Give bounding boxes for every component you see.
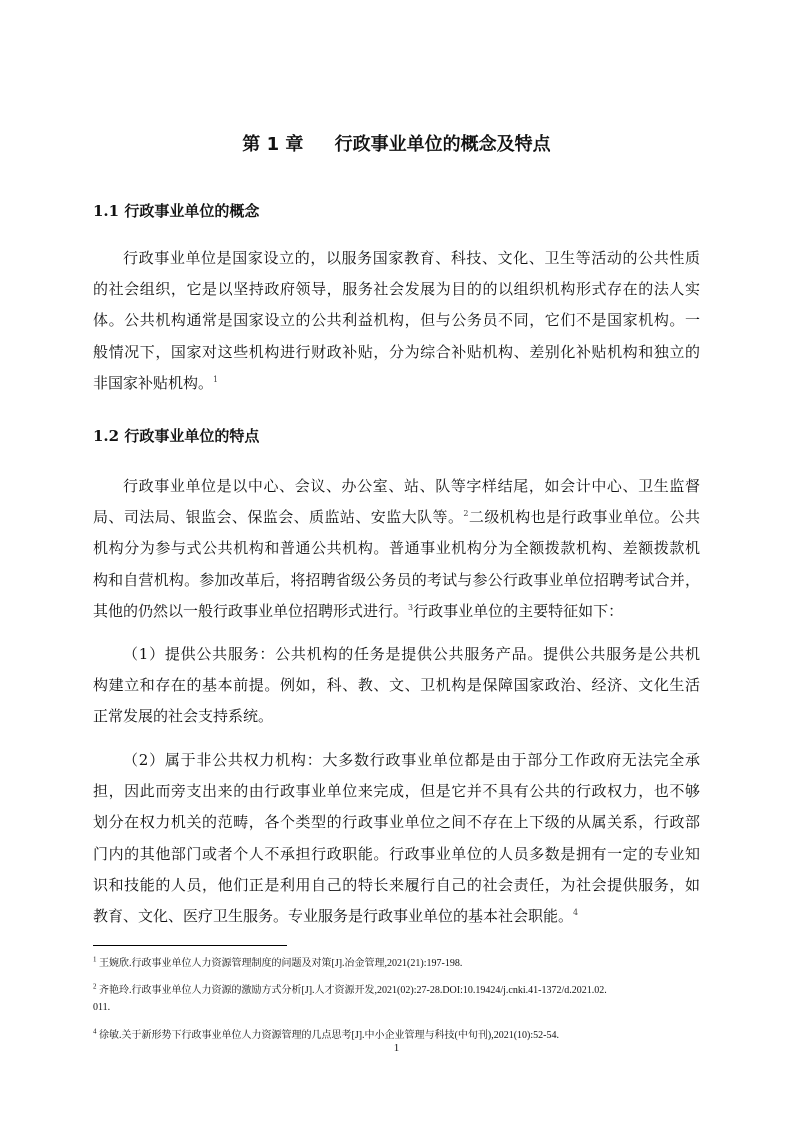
footnote-2: 2 齐艳玲.行政事业单位人力资源的激励方式分析[J].人才资源开发,2021(0… [93,982,718,1016]
text-line: 划分在权力机关的范畴，各个类型的行政事业单位之间不存在上下级的从属关系，行政部 [93,807,700,838]
text-line: 非国家补贴机构。1 [93,368,700,399]
text-line: 机构分为参与式公共机构和普通公共机构。普通事业机构分为全额拨款机构、差额拨款机 [93,533,700,564]
text-fragment: 教育、文化、医疗卫生服务。专业服务是行政事业单位的基本社会职能。 [93,907,573,925]
footnote-ref-1[interactable]: 1 [213,375,218,384]
footnote-text: 王婉欣.行政事业单位人力资源管理制度的问题及对策[J].冶金管理,2021(21… [99,958,462,969]
document-page: 第 1 章 行政事业单位的概念及特点 1.1 行政事业单位的概念 行政事业单位是… [0,0,793,1122]
footnote-number: 4 [93,1028,97,1036]
footnote-ref-4[interactable]: 4 [573,908,578,917]
section-heading-1-2: 1.2 行政事业单位的特点 [93,425,259,446]
text-line: 局、司法局、银监会、保监会、质监站、安监大队等。2二级机构也是行政事业单位。公共 [93,502,700,533]
text-line: 行政事业单位是以中心、会议、办公室、站、队等字样结尾，如会计中心、卫生监督 [93,471,700,502]
chapter-title: 第 1 章 行政事业单位的概念及特点 [0,130,793,156]
text-line: 其他的仍然以一般行政事业单位招聘形式进行。3行政事业单位的主要特征如下： [93,596,700,627]
paragraph-feature-1: （1）提供公共服务：公共机构的任务是提供公共服务产品。提供公共服务是公共机 构建… [93,639,700,733]
footnote-separator [93,945,287,946]
text-fragment: 局、司法局、银监会、保监会、质监站、安监大队等。 [93,508,463,526]
text-fragment: 其他的仍然以一般行政事业单位招聘形式进行。 [93,602,408,620]
footnote-number: 2 [93,983,97,991]
paragraph-concept: 行政事业单位是国家设立的，以服务国家教育、科技、文化、卫生等活动的公共性质 的社… [93,243,700,399]
text-line: 体。公共机构通常是国家设立的公共利益机构，但与公务员不同，它们不是国家机构。一 [93,305,700,336]
footnote-1: 1 王婉欣.行政事业单位人力资源管理制度的问题及对策[J].冶金管理,2021(… [93,955,718,972]
text-line: 行政事业单位是国家设立的，以服务国家教育、科技、文化、卫生等活动的公共性质 [93,243,700,274]
footnote-text-continuation: 011. [93,1002,110,1013]
text-line: 门内的其他部门或者个人不承担行政职能。行政事业单位的人员多数是拥有一定的专业知 [93,839,700,870]
text-fragment: 二级机构也是行政事业单位。公共 [468,508,700,526]
section-heading-1-1: 1.1 行政事业单位的概念 [93,200,259,221]
text-line: 的社会组织，它是以坚持政府领导，服务社会发展为目的的以组织机构形式存在的法人实 [93,274,700,305]
text-line: 担，因此而旁支出来的由行政事业单位来完成，但是它并不具有公共的行政权力，也不够 [93,776,700,807]
footnote-text: 齐艳玲.行政事业单位人力资源的激励方式分析[J].人才资源开发,2021(02)… [99,985,607,996]
text-line: 构建立和存在的基本前提。例如，科、教、文、卫机构是保障国家政治、经济、文化生活 [93,670,700,701]
footnote-number: 1 [93,956,97,964]
paragraph-features-intro: 行政事业单位是以中心、会议、办公室、站、队等字样结尾，如会计中心、卫生监督 局、… [93,471,700,627]
text-line: 教育、文化、医疗卫生服务。专业服务是行政事业单位的基本社会职能。4 [93,901,700,932]
text-fragment: 行政事业单位的主要特征如下： [413,602,623,620]
text-line: （1）提供公共服务：公共机构的任务是提供公共服务产品。提供公共服务是公共机 [93,639,700,670]
text-fragment: 非国家补贴机构。 [93,374,213,392]
paragraph-feature-2: （2）属于非公共权力机构：大多数行政事业单位都是由于部分工作政府无法完全承 担，… [93,745,700,932]
page-number: 1 [0,1042,793,1054]
text-line: 般情况下，国家对这些机构进行财政补贴，分为综合补贴机构、差别化补贴机构和独立的 [93,337,700,368]
text-line: 正常发展的社会支持系统。 [93,701,700,732]
text-line: 识和技能的人员，他们正是利用自己的特长来履行自己的社会责任，为社会提供服务，如 [93,870,700,901]
text-line: 构和自营机构。参加改革后，将招聘省级公务员的考试与参公行政事业单位招聘考试合并， [93,565,700,596]
text-line: （2）属于非公共权力机构：大多数行政事业单位都是由于部分工作政府无法完全承 [93,745,700,776]
footnote-text: 徐敏.关于新形势下行政事业单位人力资源管理的几点思考[J].中小企业管理与科技(… [99,1030,559,1041]
